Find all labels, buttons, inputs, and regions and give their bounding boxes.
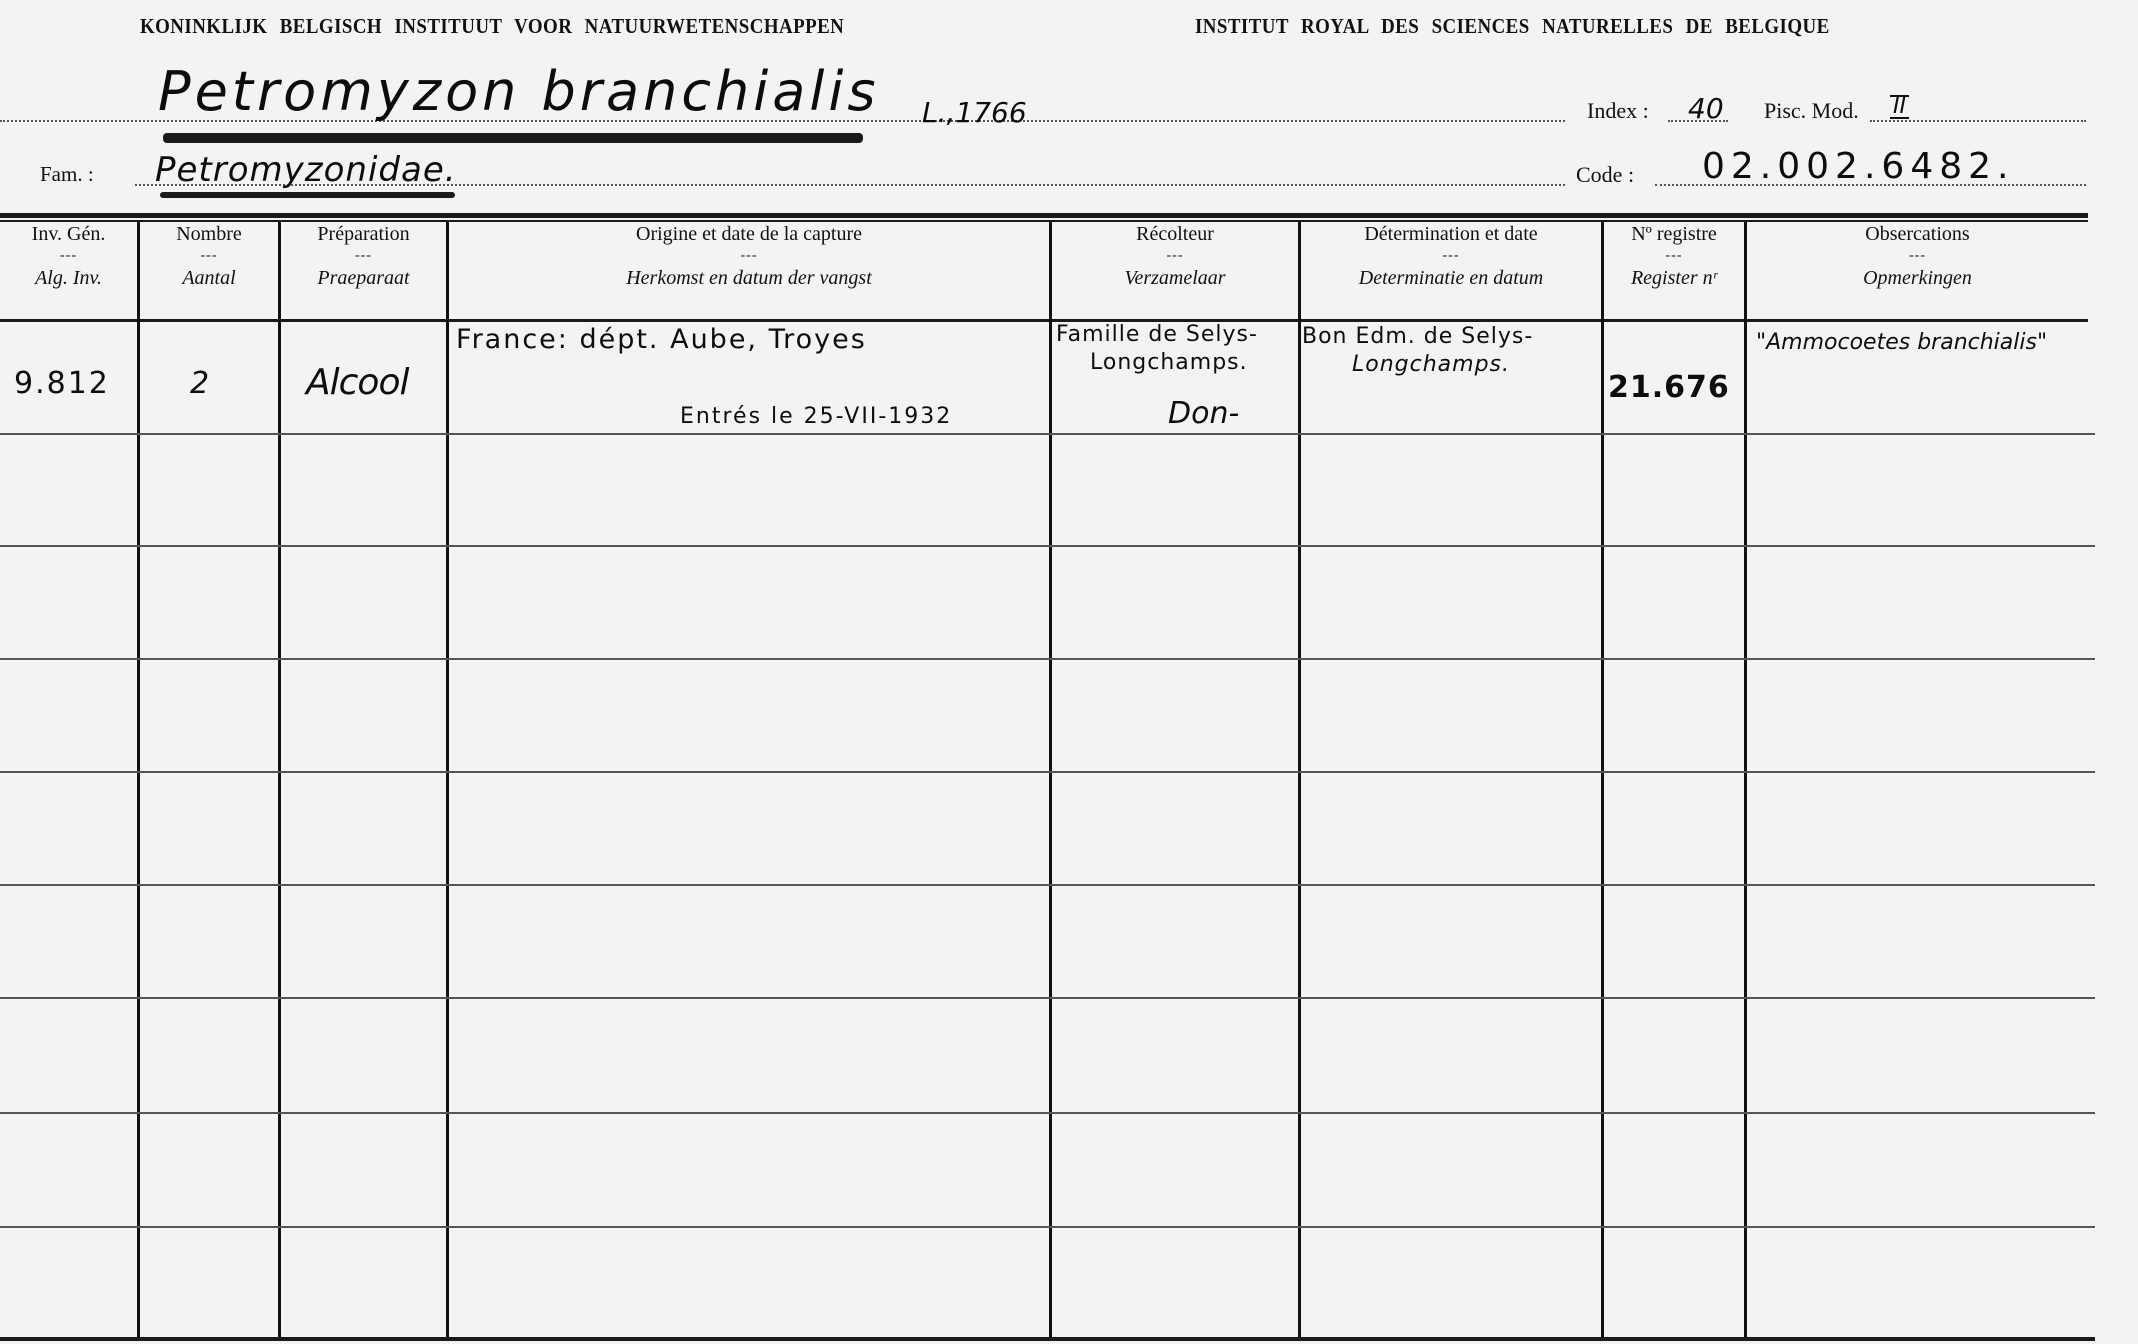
row-divider: [0, 1226, 2095, 1228]
family-label: Fam. :: [40, 162, 94, 187]
column-header-registre: Nº registre --- Register nʳ: [1604, 223, 1744, 289]
table-bottom-rule: [0, 1337, 2095, 1341]
table-top-thin-rule: [0, 220, 2088, 222]
column-divider: [1298, 222, 1301, 1337]
family-name: Petromyzonidae.: [155, 150, 457, 190]
code-label: Code :: [1576, 162, 1634, 188]
column-divider: [1049, 222, 1052, 1337]
cell-preparation: Alcool: [306, 362, 408, 403]
institute-name-dutch: KONINKLIJK BELGISCH INSTITUUT VOOR NATUU…: [140, 14, 844, 39]
column-divider: [137, 222, 140, 1337]
column-header-preparation: Préparation --- Praeparaat: [281, 223, 446, 289]
column-header-determination: Détermination et date --- Determinatie e…: [1301, 223, 1601, 289]
row-divider: [0, 771, 2095, 773]
pisc-mod-dotted-line: [1870, 120, 2086, 122]
species-underline: [163, 133, 863, 143]
cell-recolteur-line1: Famille de Selys-: [1056, 322, 1258, 347]
species-author-year: L.,1766: [922, 96, 1027, 129]
row-divider: [0, 997, 2095, 999]
column-divider: [278, 222, 281, 1337]
cell-observations: "Ammocoetes branchialis": [1756, 330, 2047, 355]
table-top-thick-rule: [0, 213, 2088, 218]
cell-determination-line1: Bon Edm. de Selys-: [1302, 324, 1533, 349]
column-header-nombre: Nombre --- Aantal: [140, 223, 278, 289]
column-header-recolteur: Récolteur --- Verzamelaar: [1052, 223, 1298, 289]
cell-determination-line2: Longchamps.: [1352, 352, 1510, 377]
institute-name-french: INSTITUT ROYAL DES SCIENCES NATURELLES D…: [1195, 14, 1830, 39]
species-name: Petromyzon branchialis: [158, 60, 879, 123]
cell-origine-line1: France: dépt. Aube, Troyes: [456, 324, 867, 355]
cell-recolteur-line3: Don-: [1168, 396, 1239, 431]
pisc-mod-value: II: [1890, 95, 1909, 119]
column-divider: [1601, 222, 1604, 1337]
code-value: 02.002.6482.: [1702, 146, 2014, 187]
row-divider: [0, 545, 2095, 547]
cell-origine-line2: Entrés le 25-VII-1932: [680, 404, 952, 429]
family-underline: [160, 192, 455, 198]
column-header-origine: Origine et date de la capture --- Herkom…: [449, 223, 1049, 289]
index-label: Index :: [1587, 98, 1649, 124]
cell-registre: 21.676: [1608, 370, 1730, 405]
index-value: 40: [1688, 92, 1724, 125]
cell-nombre: 2: [190, 366, 209, 401]
column-divider: [1744, 222, 1747, 1337]
pisc-mod-label: Pisc. Mod.: [1764, 98, 1859, 124]
cell-recolteur-line2: Longchamps.: [1090, 350, 1248, 375]
row-divider: [0, 433, 2095, 435]
table-header-rule: [0, 319, 2088, 322]
column-header-observations: Obsercations --- Opmerkingen: [1747, 223, 2088, 289]
column-header-inv-gen: Inv. Gén. --- Alg. Inv.: [0, 223, 137, 289]
row-divider: [0, 658, 2095, 660]
column-divider: [446, 222, 449, 1337]
cell-inv-gen: 9.812: [14, 366, 110, 401]
row-divider: [0, 1112, 2095, 1114]
row-divider: [0, 884, 2095, 886]
